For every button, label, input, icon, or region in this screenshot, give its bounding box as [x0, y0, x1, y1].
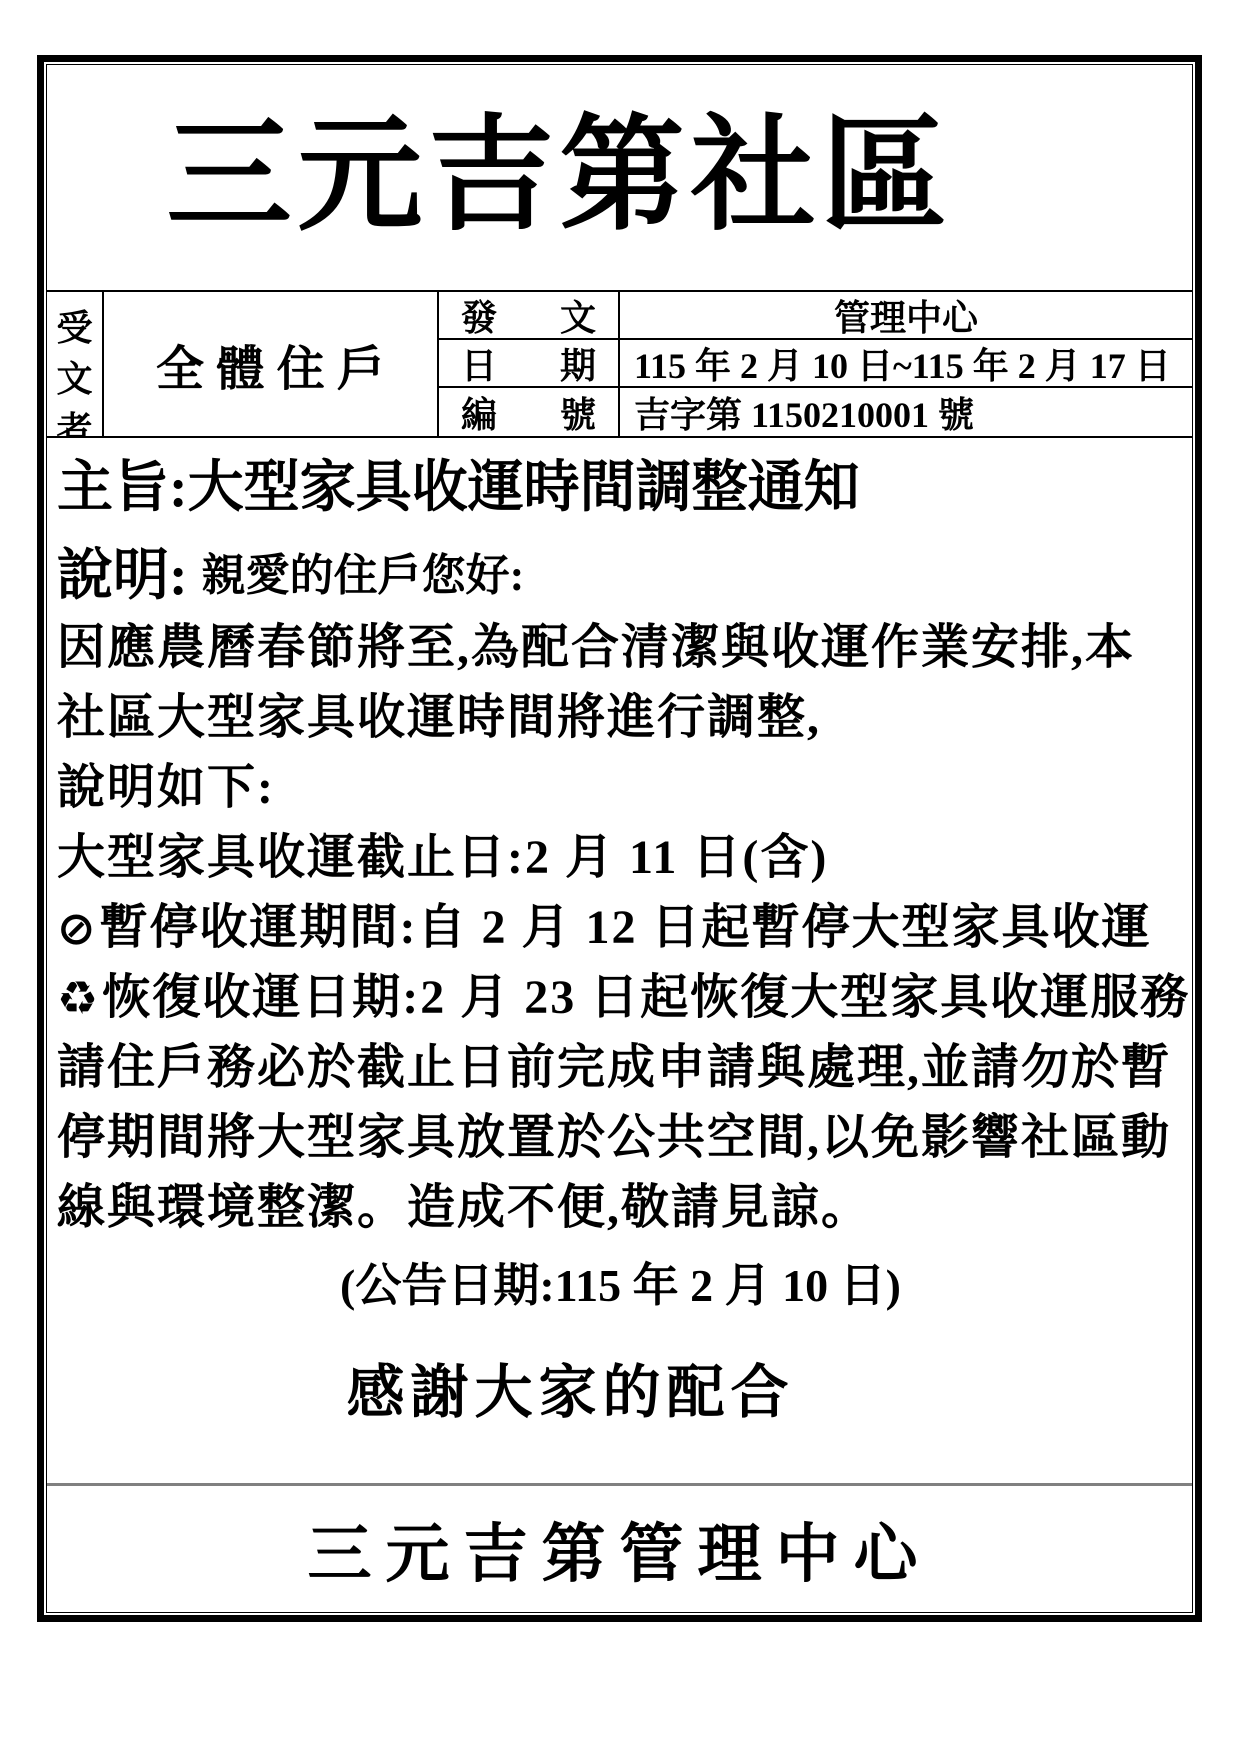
title-block: 三元吉第社區: [47, 65, 1192, 290]
sender-label-cell: 發文: [439, 292, 620, 340]
body-line-text: 因應農曆春節將至,為配合清潔與收運作業安排,本: [57, 613, 1135, 683]
body-line-text: 暫停收運期間:自 2 月 12 日起暫停大型家具收運: [100, 893, 1152, 963]
date-label-cell: 日期: [439, 340, 620, 388]
no-entry-icon: ⊘: [57, 905, 98, 951]
body-line-text: 停期間將大型家具放置於公共空間,以免影響社區動: [57, 1103, 1171, 1173]
announcement-date: (公告日期:115 年 2 月 10 日): [57, 1258, 1184, 1313]
number-label-cell: 編號: [439, 388, 620, 436]
body-line: 停期間將大型家具放置於公共空間,以免影響社區動: [57, 1103, 1184, 1173]
greeting-text: 親愛的住戶您好:: [202, 539, 525, 603]
body-line: 說明如下:: [57, 753, 1184, 823]
subject-line: 主旨:大型家具收運時間調整通知: [57, 438, 1184, 528]
body-line-text: 大型家具收運截止日:2 月 11 日(含): [57, 823, 828, 893]
explanation-label: 說明:: [57, 531, 188, 611]
body-line: 社區大型家具收運時間將進行調整,: [57, 683, 1184, 753]
date-value-cell: 115 年 2 月 10 日~115 年 2 月 17 日: [620, 340, 1192, 388]
body-line: 因應農曆春節將至,為配合清潔與收運作業安排,本: [57, 613, 1184, 683]
recipient-value-cell: 全體住戶: [104, 292, 439, 436]
body-line-text: 恢復收運日期:2 月 23 日起恢復大型家具收運服務: [102, 963, 1190, 1033]
body-line: ⊘暫停收運期間:自 2 月 12 日起暫停大型家具收運: [57, 893, 1184, 963]
body-line: 請住戶務必於截止日前完成申請與處理,並請勿於暫: [57, 1033, 1184, 1103]
body-line-text: 社區大型家具收運時間將進行調整,: [57, 683, 821, 753]
recipient-label-cell: 受文者: [47, 292, 104, 436]
body-line-text: 請住戶務必於截止日前完成申請與處理,並請勿於暫: [57, 1033, 1171, 1103]
notice-body: 主旨:大型家具收運時間調整通知 說明: 親愛的住戶您好: 因應農曆春節將至,為配…: [47, 438, 1192, 1428]
recycle-icon: ♻: [57, 975, 100, 1021]
subject-text: 大型家具收運時間調整通知: [188, 443, 860, 523]
info-table: 受文者 全體住戶 發文 管理中心 日期 115 年 2 月 10 日~115 年…: [47, 290, 1192, 438]
body-line: ♻恢復收運日期:2 月 23 日起恢復大型家具收運服務: [57, 963, 1184, 1033]
number-value-cell: 吉字第 1150210001 號: [620, 388, 1192, 436]
sender-value-cell: 管理中心: [620, 292, 1192, 340]
body-line-text: 說明如下:: [57, 753, 275, 823]
page-title: 三元吉第社區: [167, 115, 953, 240]
subject-label: 主旨:: [57, 443, 188, 523]
thanks-note: 感謝大家的配合: [57, 1358, 1184, 1428]
body-line: 線與環境整潔。造成不便,敬請見諒。: [57, 1173, 1184, 1243]
body-line-text: 線與環境整潔。造成不便,敬請見諒。: [57, 1173, 871, 1243]
footer-block: 三元吉第管理中心: [47, 1486, 1192, 1612]
notice-page: 三元吉第社區 受文者 全體住戶 發文 管理中心 日期 115 年 2 月 10 …: [0, 0, 1241, 1755]
notice-sheet-inner: 三元吉第社區 受文者 全體住戶 發文 管理中心 日期 115 年 2 月 10 …: [46, 64, 1193, 1613]
explanation-line: 說明: 親愛的住戶您好:: [57, 528, 1184, 613]
signature: 三元吉第管理中心: [308, 1503, 932, 1595]
body-line: 大型家具收運截止日:2 月 11 日(含): [57, 823, 1184, 893]
notice-sheet: 三元吉第社區 受文者 全體住戶 發文 管理中心 日期 115 年 2 月 10 …: [37, 55, 1202, 1622]
